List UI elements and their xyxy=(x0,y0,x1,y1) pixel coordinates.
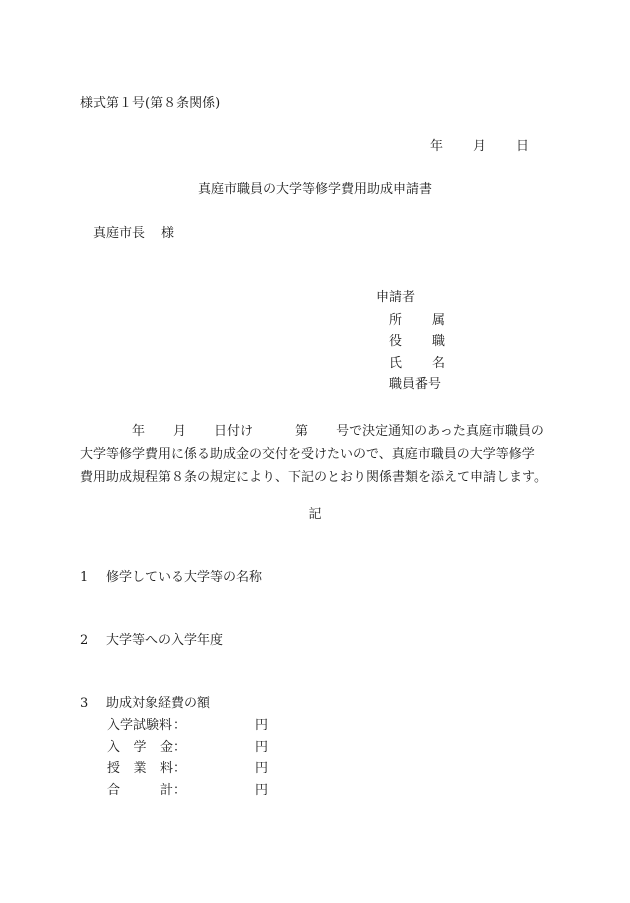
body-day: 日付け xyxy=(214,424,253,439)
field-label-char: 氏 xyxy=(389,356,402,372)
field-label: 職員番号 xyxy=(389,377,441,393)
document-title: 真庭市職員の大学等修学費用助成申請書 xyxy=(0,182,630,198)
body-line-2: 大学等修学費用に係る助成金の交付を受けたいので、真庭市職員の大学等修学 xyxy=(80,443,555,466)
cost-label: 入学金 xyxy=(107,740,173,756)
item-label: 大学等への入学年度 xyxy=(106,633,223,648)
addressee-honorific: 様 xyxy=(161,226,174,241)
item-3: 3助成対象経費の額 xyxy=(80,696,210,712)
cost-unit: 円 xyxy=(255,761,268,777)
date-year: 年 xyxy=(430,139,443,155)
field-label-char: 職 xyxy=(432,334,445,350)
body-line-1-rest: 号で決定通知のあった真庭市職員の xyxy=(336,424,544,439)
body-line-1: 年月日付け第号で決定通知のあった真庭市職員の xyxy=(80,420,555,443)
cost-colon: ： xyxy=(173,718,181,734)
cost-label-char: 入 xyxy=(107,740,120,756)
cost-colon: ： xyxy=(173,761,181,777)
item-number: 1 xyxy=(80,570,106,586)
cost-unit: 円 xyxy=(255,783,268,799)
cost-label-char: 料 xyxy=(160,761,173,777)
cost-row-admission-fee: 入学金 ： 円 xyxy=(107,740,268,756)
body-month: 月 xyxy=(173,424,186,439)
cost-label-char: 金 xyxy=(160,740,173,756)
body-line-3: 費用助成規程第８条の規定により、下記のとおり関係書類を添えて申請します。 xyxy=(80,466,555,489)
cost-label-char: 授 xyxy=(107,761,120,777)
item-label: 修学している大学等の名称 xyxy=(106,570,262,585)
field-label-char: 役 xyxy=(389,334,402,350)
addressee: 真庭市長様 xyxy=(93,226,174,242)
cost-colon: ： xyxy=(173,740,181,756)
cost-label: 入学試験料 xyxy=(107,718,173,734)
cost-row-entrance-exam-fee: 入学試験料 ： 円 xyxy=(107,718,268,734)
applicant-field-department: 所 属 xyxy=(389,313,445,329)
body-number-prefix: 第 xyxy=(295,424,308,439)
cost-label-char: 計 xyxy=(160,783,173,799)
cost-label: 授業料 xyxy=(107,761,173,777)
application-body: 年月日付け第号で決定通知のあった真庭市職員の 大学等修学費用に係る助成金の交付を… xyxy=(80,420,555,489)
item-number: 2 xyxy=(80,633,106,649)
addressee-name: 真庭市長 xyxy=(93,226,145,241)
applicant-field-position: 役 職 xyxy=(389,334,445,350)
item-number: 3 xyxy=(80,696,106,712)
applicant-field-name: 氏 名 xyxy=(389,356,445,372)
item-label: 助成対象経費の額 xyxy=(106,696,210,711)
cost-row-tuition: 授業料 ： 円 xyxy=(107,761,268,777)
date-month: 月 xyxy=(473,139,486,155)
item-1: 1修学している大学等の名称 xyxy=(80,570,262,586)
cost-label-char: 合 xyxy=(107,783,120,799)
field-label-char: 所 xyxy=(389,313,402,329)
date-day: 日 xyxy=(516,139,529,155)
item-2: 2大学等への入学年度 xyxy=(80,633,223,649)
field-label-char: 属 xyxy=(432,313,445,329)
ki-marker: 記 xyxy=(0,507,630,523)
cost-row-total: 合計 ： 円 xyxy=(107,783,268,799)
body-year: 年 xyxy=(132,424,145,439)
applicant-field-employee-number: 職員番号 xyxy=(389,377,445,393)
cost-unit: 円 xyxy=(255,718,268,734)
cost-unit: 円 xyxy=(255,740,268,756)
cost-colon: ： xyxy=(173,783,181,799)
date-line: 年月日 xyxy=(430,139,529,155)
field-label-char: 名 xyxy=(432,356,445,372)
applicant-heading: 申請者 xyxy=(376,290,415,306)
cost-label-char: 学 xyxy=(133,740,146,756)
form-number: 様式第１号(第８条関係) xyxy=(80,96,220,112)
cost-label-char: 業 xyxy=(133,761,146,777)
cost-label: 合計 xyxy=(107,783,173,799)
cost-label-text: 入学試験料 xyxy=(107,718,172,734)
